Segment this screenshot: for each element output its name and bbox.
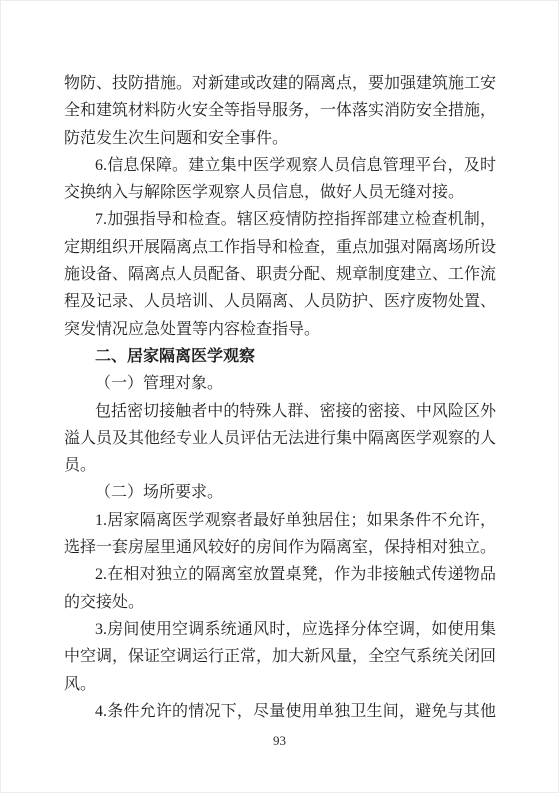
text-line: 突发情况应急处置等内容检查指导。	[64, 316, 496, 343]
section-heading: 二、居家隔离医学观察	[64, 343, 496, 370]
text-line: 员。	[64, 452, 496, 479]
text-line: 溢人员及其他经专业人员评估无法进行集中隔离医学观察的人	[64, 425, 496, 452]
text-line: 中空调，保证空调运行正常，加大新风量，全空气系统关闭回	[64, 643, 496, 670]
text-line: 包括密切接触者中的特殊人群、密接的密接、中风险区外	[64, 398, 496, 425]
text-line: 2.在相对独立的隔离室放置桌凳，作为非接触式传递物品	[64, 561, 496, 588]
text-line: 风。	[64, 671, 496, 698]
text-line: 3.房间使用空调系统通风时，应选择分体空调，如使用集	[64, 616, 496, 643]
text-line: 的交接处。	[64, 589, 496, 616]
subsection-heading: （一）管理对象。	[64, 370, 496, 397]
text-line: 定期组织开展隔离点工作指导和检查，重点加强对隔离场所设	[64, 234, 496, 261]
subsection-heading: （二）场所要求。	[64, 479, 496, 506]
text-line: 6.信息保障。建立集中医学观察人员信息管理平台，及时	[64, 152, 496, 179]
document-page: 物防、技防措施。对新建或改建的隔离点，要加强建筑施工安全和建筑材料防火安全等指导…	[0, 0, 559, 793]
text-line: 1.居家隔离医学观察者最好单独居住；如果条件不允许，	[64, 507, 496, 534]
page-number: 93	[0, 733, 559, 749]
text-line: 选择一套房屋里通风较好的房间作为隔离室，保持相对独立。	[64, 534, 496, 561]
text-line: 4.条件允许的情况下，尽量使用单独卫生间，避免与其他	[64, 698, 496, 725]
text-line: 7.加强指导和检查。辖区疫情防控指挥部建立检查机制，	[64, 206, 496, 233]
text-line: 程及记录、人员培训、人员隔离、人员防护、医疗废物处置、	[64, 288, 496, 315]
document-body: 物防、技防措施。对新建或改建的隔离点，要加强建筑施工安全和建筑材料防火安全等指导…	[64, 70, 496, 725]
text-line: 全和建筑材料防火安全等指导服务，一体落实消防安全措施，	[64, 97, 496, 124]
text-line: 交换纳入与解除医学观察人员信息，做好人员无缝对接。	[64, 179, 496, 206]
text-line: 防范发生次生问题和安全事件。	[64, 125, 496, 152]
text-line: 施设备、隔离点人员配备、职责分配、规章制度建立、工作流	[64, 261, 496, 288]
text-line: 物防、技防措施。对新建或改建的隔离点，要加强建筑施工安	[64, 70, 496, 97]
